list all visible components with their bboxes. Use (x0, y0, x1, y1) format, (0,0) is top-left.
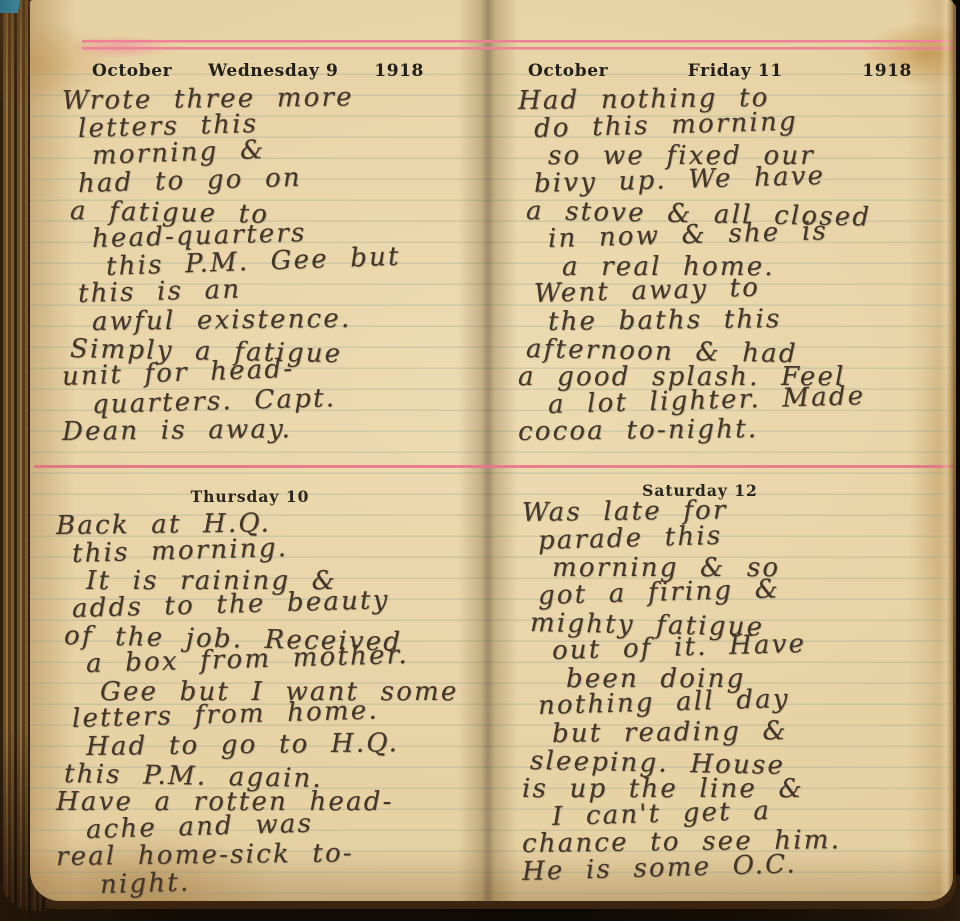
year-label: 1918 (862, 61, 912, 81)
handwriting-line: awful existence. (92, 304, 466, 336)
month-label: October (92, 61, 172, 81)
entry-saturday-12: Was late forparade thismorning & sogot a… (522, 500, 942, 886)
entry-thursday-10: Back at H.Q.this morning.It is raining &… (56, 513, 466, 899)
gutter-shadow (458, 0, 518, 901)
handwriting-line: Had to go to H.Q. (86, 729, 466, 761)
handwriting-line: but reading & (552, 716, 942, 748)
left-page-date-header: October Wednesday 9 1918 (30, 59, 458, 83)
page-spread: October Wednesday 9 1918 Wrote three mor… (30, 0, 953, 901)
day-label: Friday 11 (688, 61, 783, 81)
left-page-mid-date-header: Thursday 10 (90, 487, 410, 506)
handwriting-line: cocoa to-night. (518, 414, 938, 447)
mid-margin-pink-line (34, 465, 953, 468)
diary-scan: October Wednesday 9 1918 Wrote three mor… (0, 0, 960, 921)
handwriting-line: the baths this (548, 304, 938, 336)
handwriting-line: Dean is away. (62, 414, 466, 447)
month-label: October (528, 61, 608, 81)
entry-friday-11: Had nothing todo this morningso we fixed… (518, 88, 938, 447)
day-label: Thursday 10 (191, 487, 310, 506)
day-label: Wednesday 9 (208, 61, 338, 81)
entry-wednesday-9: Wrote three moreletters thismorning &had… (62, 88, 466, 447)
year-label: 1918 (374, 61, 424, 81)
right-page-date-header: October Friday 11 1918 (486, 59, 953, 83)
background-corner (0, 0, 34, 13)
top-margin-pink-line (82, 40, 953, 52)
